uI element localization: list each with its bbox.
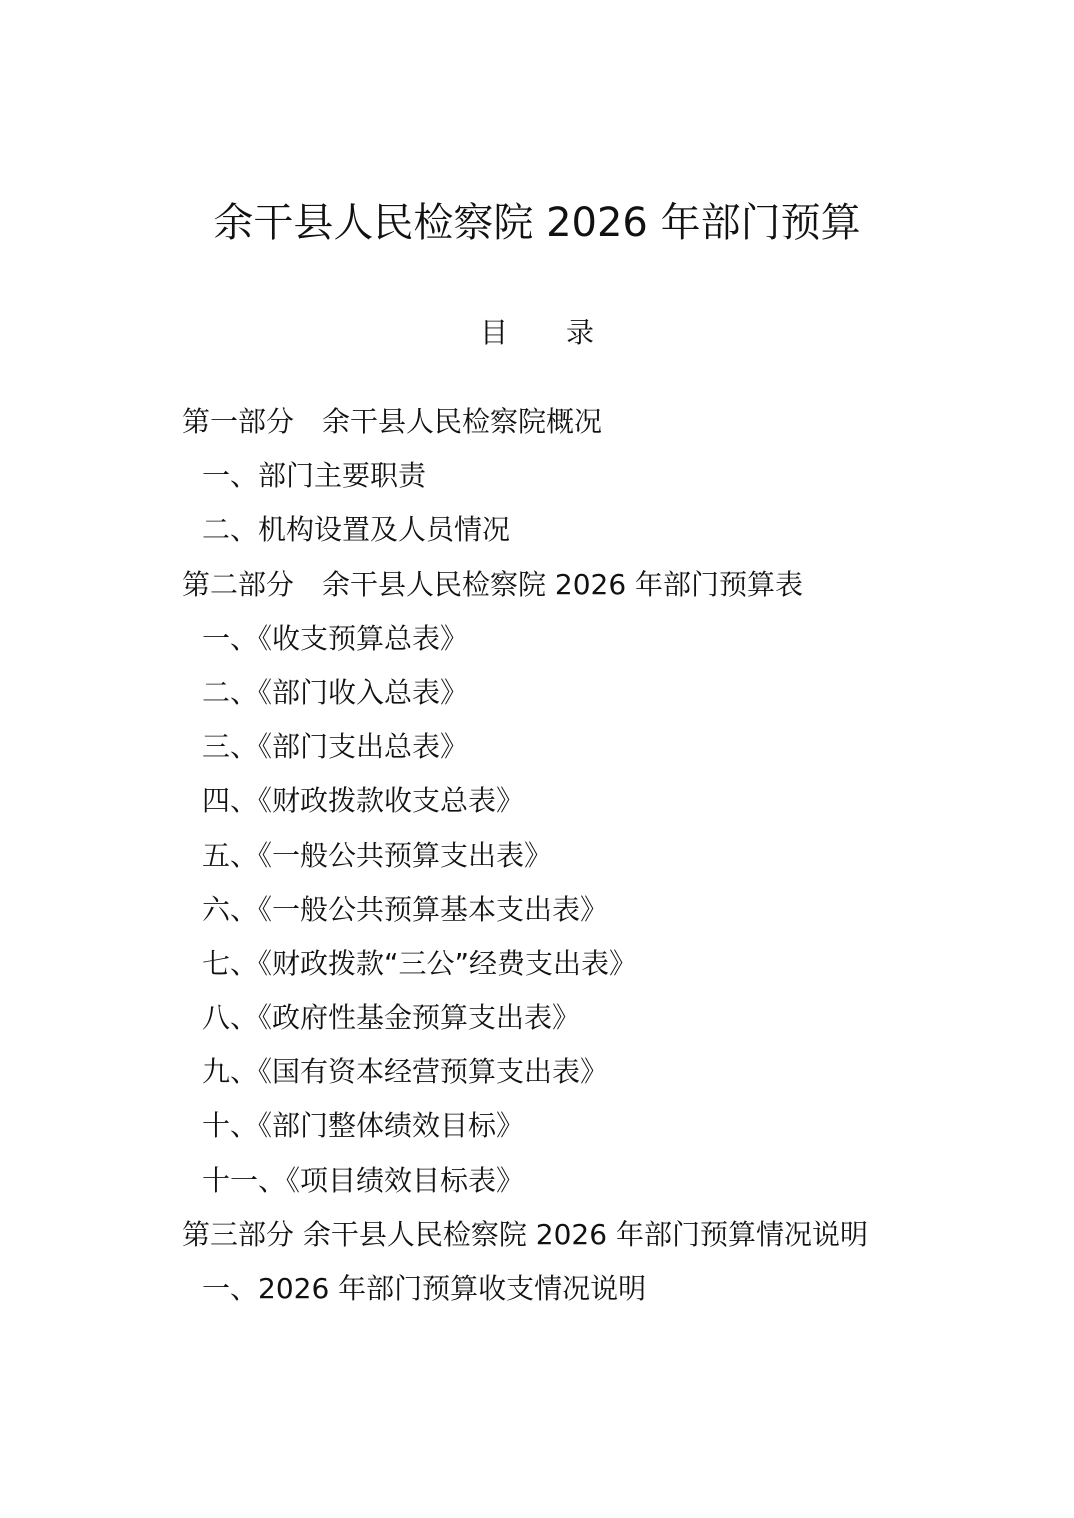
- document-page: 余干县人民检察院 2026 年部门预算 目录 第一部分 余干县人民检察院概况 一…: [0, 0, 1074, 1518]
- toc-item[interactable]: 二、《部门收入总表》: [0, 671, 1074, 725]
- toc-part-3[interactable]: 第三部分 余干县人民检察院 2026 年部门预算情况说明: [0, 1213, 1074, 1267]
- toc-item-label: 九、《国有资本经营预算支出表》: [202, 1055, 608, 1088]
- toc-item-label: 六、《一般公共预算基本支出表》: [202, 893, 608, 926]
- toc-heading-char-2: 录: [566, 314, 594, 352]
- toc-item-label: 二、机构设置及人员情况: [202, 513, 510, 546]
- toc-item[interactable]: 三、《部门支出总表》: [0, 725, 1074, 779]
- toc-item-label: 一、部门主要职责: [202, 459, 426, 492]
- toc-item[interactable]: 二、机构设置及人员情况: [0, 508, 1074, 562]
- toc-part-1[interactable]: 第一部分 余干县人民检察院概况: [0, 400, 1074, 454]
- table-of-contents: 第一部分 余干县人民检察院概况 一、部门主要职责 二、机构设置及人员情况 第二部…: [0, 400, 1074, 1321]
- toc-item-label: 第一部分 余干县人民检察院概况: [182, 405, 602, 438]
- toc-item-label: 七、《财政拨款“三公”经费支出表》: [202, 947, 637, 980]
- toc-item[interactable]: 一、2026 年部门预算收支情况说明: [0, 1267, 1074, 1321]
- toc-item[interactable]: 八、《政府性基金预算支出表》: [0, 996, 1074, 1050]
- toc-item-label: 五、《一般公共预算支出表》: [202, 839, 552, 872]
- toc-item-label: 第二部分 余干县人民检察院 2026 年部门预算表: [182, 568, 803, 601]
- toc-item-label: 十、《部门整体绩效目标》: [202, 1109, 524, 1142]
- toc-part-2[interactable]: 第二部分 余干县人民检察院 2026 年部门预算表: [0, 563, 1074, 617]
- toc-item-label: 十一、《项目绩效目标表》: [202, 1164, 524, 1197]
- toc-item-label: 三、《部门支出总表》: [202, 730, 468, 763]
- toc-item-label: 一、《收支预算总表》: [202, 622, 468, 655]
- toc-item-label: 二、《部门收入总表》: [202, 676, 468, 709]
- toc-item-label: 一、2026 年部门预算收支情况说明: [202, 1272, 646, 1305]
- document-title: 余干县人民检察院 2026 年部门预算: [0, 196, 1074, 250]
- toc-item[interactable]: 一、《收支预算总表》: [0, 617, 1074, 671]
- toc-item[interactable]: 九、《国有资本经营预算支出表》: [0, 1050, 1074, 1104]
- toc-item[interactable]: 四、《财政拨款收支总表》: [0, 779, 1074, 833]
- toc-heading: 目录: [0, 314, 1074, 352]
- toc-item[interactable]: 十一、《项目绩效目标表》: [0, 1159, 1074, 1213]
- toc-item-label: 八、《政府性基金预算支出表》: [202, 1001, 580, 1034]
- toc-item[interactable]: 五、《一般公共预算支出表》: [0, 834, 1074, 888]
- toc-item-label: 四、《财政拨款收支总表》: [202, 784, 524, 817]
- toc-item-label: 第三部分 余干县人民检察院 2026 年部门预算情况说明: [182, 1218, 868, 1251]
- toc-heading-char-1: 目: [480, 314, 508, 352]
- toc-item[interactable]: 六、《一般公共预算基本支出表》: [0, 888, 1074, 942]
- toc-item[interactable]: 十、《部门整体绩效目标》: [0, 1104, 1074, 1158]
- toc-item[interactable]: 七、《财政拨款“三公”经费支出表》: [0, 942, 1074, 996]
- toc-item[interactable]: 一、部门主要职责: [0, 454, 1074, 508]
